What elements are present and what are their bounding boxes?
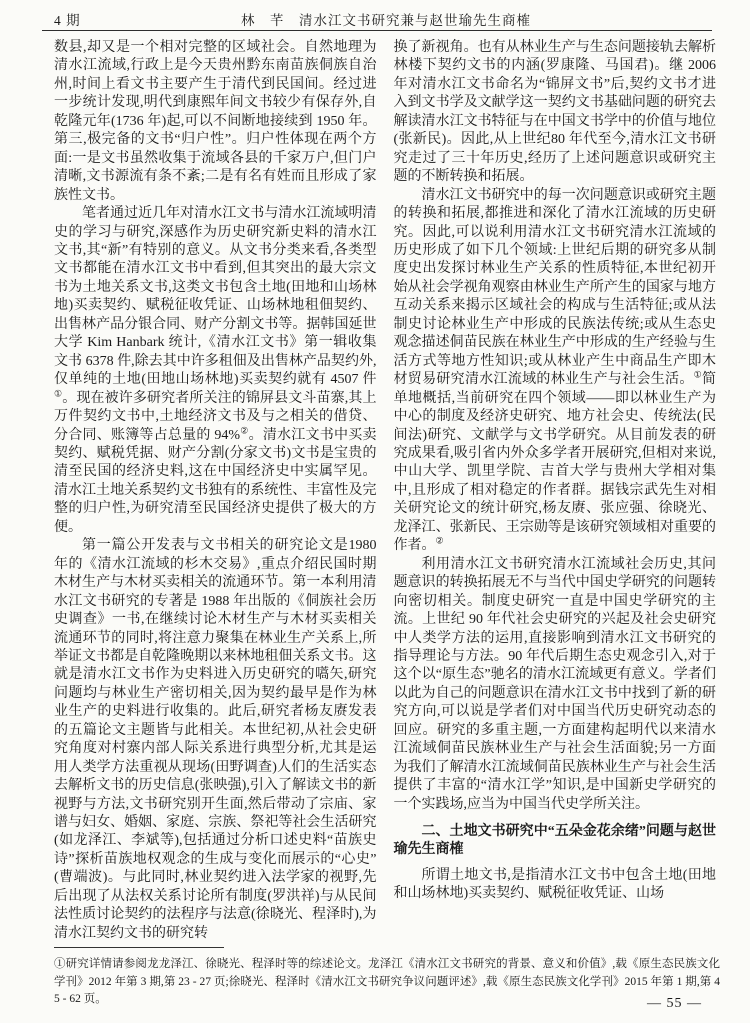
page-number: — 55 — xyxy=(647,996,702,1012)
section-heading: 二、土地文书研究中“五朵金花余绪”问题与赵世瑜先生商榷 xyxy=(394,823,717,860)
footnote-divider xyxy=(54,947,224,948)
running-title: 林 芊 清水江文书研究兼与赵世瑜先生商榷 xyxy=(54,9,718,29)
paragraph: 数县,却又是一个相对完整的区域社会。自然地理为清水江流域,行政上是今天贵州黔东南… xyxy=(54,39,377,205)
page-header: 4 期 林 芊 清水江文书研究兼与赵世瑜先生商榷 xyxy=(54,9,718,29)
right-column: 换了新视角。也有从林业生产与生态问题接轨去解析林楼下契约文书的内涵(罗康隆、马国… xyxy=(394,39,717,943)
footnote-ref: ② xyxy=(240,425,249,435)
header-divider xyxy=(42,30,712,31)
paragraph: 第一篇公开发表与文书相关的研究论文是1980 年的《清水江流域的杉木交易》,重点… xyxy=(54,537,377,943)
paragraph: 笔者通过近几年对清水江文书与清水江流域明清史的学习与研究,深感作为历史研究新史料… xyxy=(54,205,377,537)
footnote-ref: ① xyxy=(54,388,62,398)
footnote: ①研究详情请参阅龙龙泽江、徐晓光、程泽时等的综述论文。龙泽江《清水江文书研究的背… xyxy=(54,956,720,1009)
article-body: 数县,却又是一个相对完整的区域社会。自然地理为清水江流域,行政上是今天贵州黔东南… xyxy=(54,39,716,943)
paragraph: 清水江文书研究中的每一次问题意识或研究主题的转换和拓展,都推进和深化了清水江流域… xyxy=(394,187,717,556)
journal-page: 4 期 林 芊 清水江文书研究兼与赵世瑜先生商榷 数县,却又是一个相对完整的区域… xyxy=(0,0,750,1023)
paragraph: 利用清水江文书研究清水江流域社会历史,其问题意识的转换拓展无不与当代中国史学研究… xyxy=(394,556,717,814)
footnote-ref: ② xyxy=(436,536,444,546)
paragraph: 所谓土地文书,是指清水江文书中包含土地(田地和山场林地)买卖契约、赋税征收凭证、… xyxy=(394,867,717,904)
footnote-ref: ① xyxy=(694,370,702,380)
paragraph: 换了新视角。也有从林业生产与生态问题接轨去解析林楼下契约文书的内涵(罗康隆、马国… xyxy=(394,39,717,187)
left-column: 数县,却又是一个相对完整的区域社会。自然地理为清水江流域,行政上是今天贵州黔东南… xyxy=(54,39,377,943)
